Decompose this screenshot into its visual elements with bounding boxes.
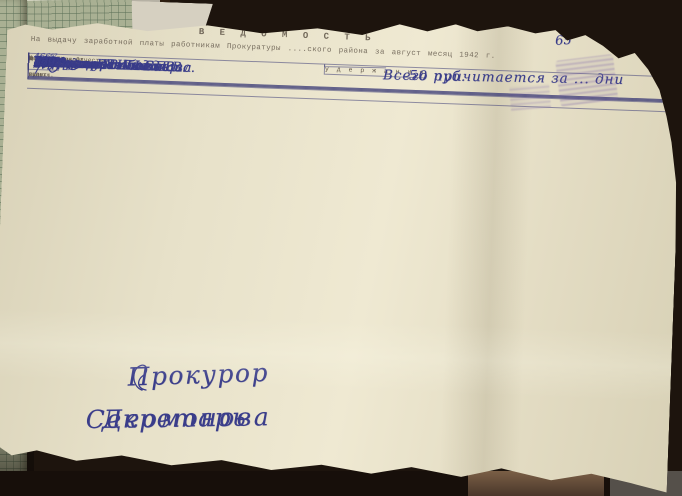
prosecutor-title: Прокурор: [127, 358, 269, 392]
secretary-signature: Деомонова: [101, 402, 271, 434]
purple-stamp: [555, 54, 618, 107]
document-page: В Е Д О М О С Т Ь На выдачу заработной п…: [0, 8, 682, 494]
photo-stage: В Е Д О М О С Т Ь На выдачу заработной п…: [0, 0, 682, 496]
secretary-title: Секретарь: [86, 403, 248, 435]
page-number: 65: [555, 33, 573, 49]
purple-stamp-smudge: [509, 84, 551, 111]
signature-flourish: [127, 362, 152, 395]
